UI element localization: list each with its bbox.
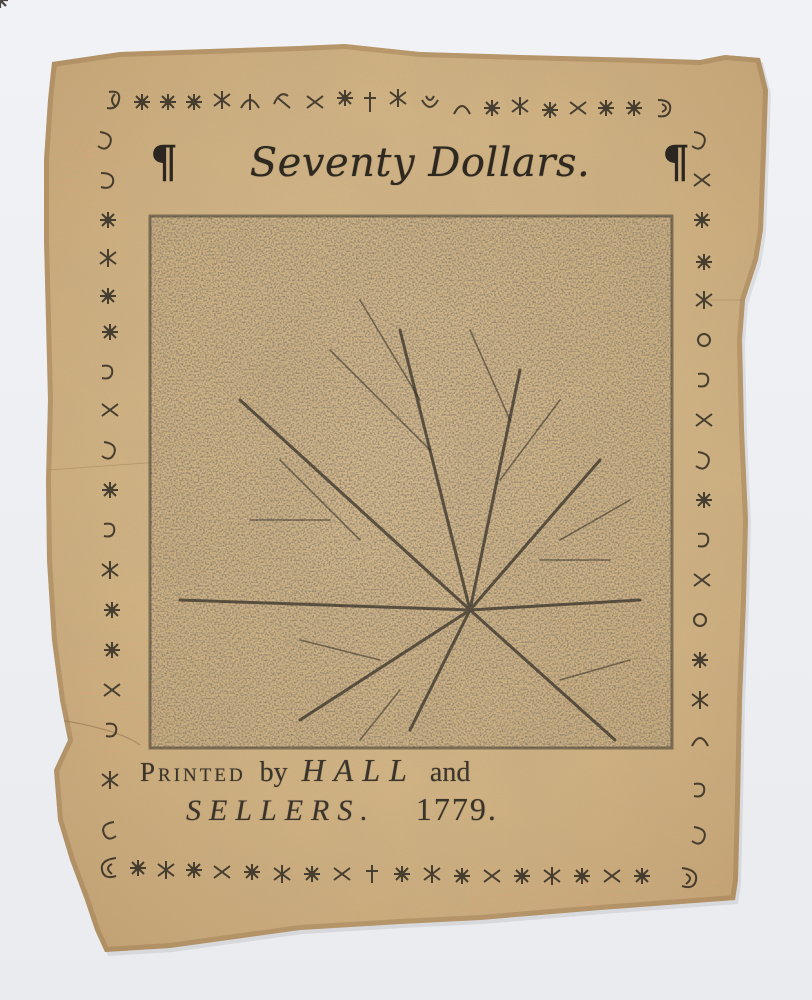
leaf-print-vignette — [150, 216, 672, 748]
imprint-line-2: SELLERS. 1779. — [140, 791, 680, 828]
imprint-printed: Printed — [140, 757, 246, 788]
pilcrow-right-icon: ¶ — [662, 141, 690, 185]
imprint-year: 1779. — [416, 791, 498, 828]
imprint-printer-hall: HALL — [302, 752, 416, 789]
denomination-text: Seventy Dollars. — [178, 140, 662, 186]
imprint-by: by — [260, 757, 288, 789]
continental-currency-note: ¶ Seventy Dollars. ¶ Printed by HALL and… — [0, 0, 812, 1000]
imprint-line-1: Printed by HALL and — [140, 752, 680, 789]
pilcrow-left-icon: ¶ — [150, 141, 178, 185]
denomination-heading: ¶ Seventy Dollars. ¶ — [150, 128, 690, 198]
printer-imprint: Printed by HALL and SELLERS. 1779. — [140, 752, 680, 828]
imprint-printer-sellers: SELLERS. — [186, 794, 376, 828]
imprint-and: and — [430, 757, 470, 789]
ornamental-border-top — [0, 0, 8, 8]
